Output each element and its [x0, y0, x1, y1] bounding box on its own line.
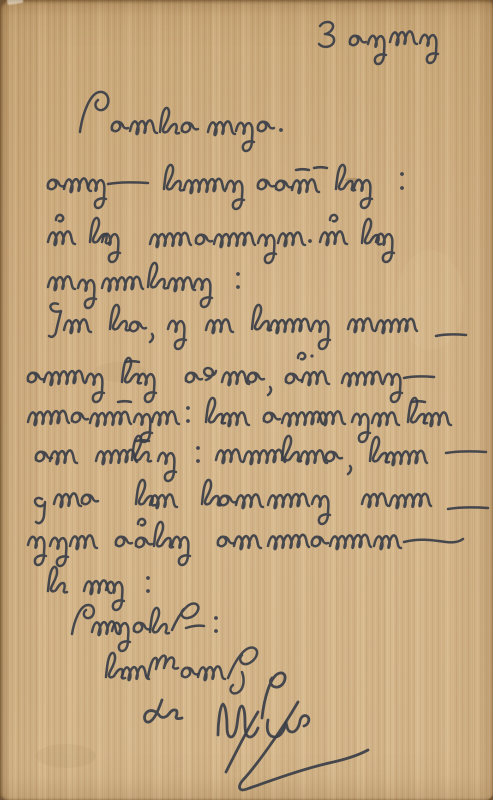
handwriting-line-6 [28, 398, 451, 442]
paper-stains [36, 178, 464, 768]
handwriting-line-5 [28, 353, 434, 402]
handwriting-line-7 [36, 436, 486, 481]
handwriting-line-2 [48, 215, 394, 263]
handwriting-line-3 [48, 263, 240, 308]
handwriting-layer [0, 0, 493, 800]
handwriting-signoff [106, 648, 257, 694]
signature-flourish [145, 673, 368, 790]
handwriting-salutation [80, 92, 283, 151]
handwriting-line-1 [48, 165, 404, 209]
handwriting-line-10 [48, 567, 150, 610]
handwriting-line-9 [28, 519, 463, 566]
handwriting-line-8 [35, 480, 488, 524]
scanned-letter-page [0, 0, 493, 800]
handwriting-closing [72, 604, 218, 651]
handwriting-date [319, 22, 438, 64]
